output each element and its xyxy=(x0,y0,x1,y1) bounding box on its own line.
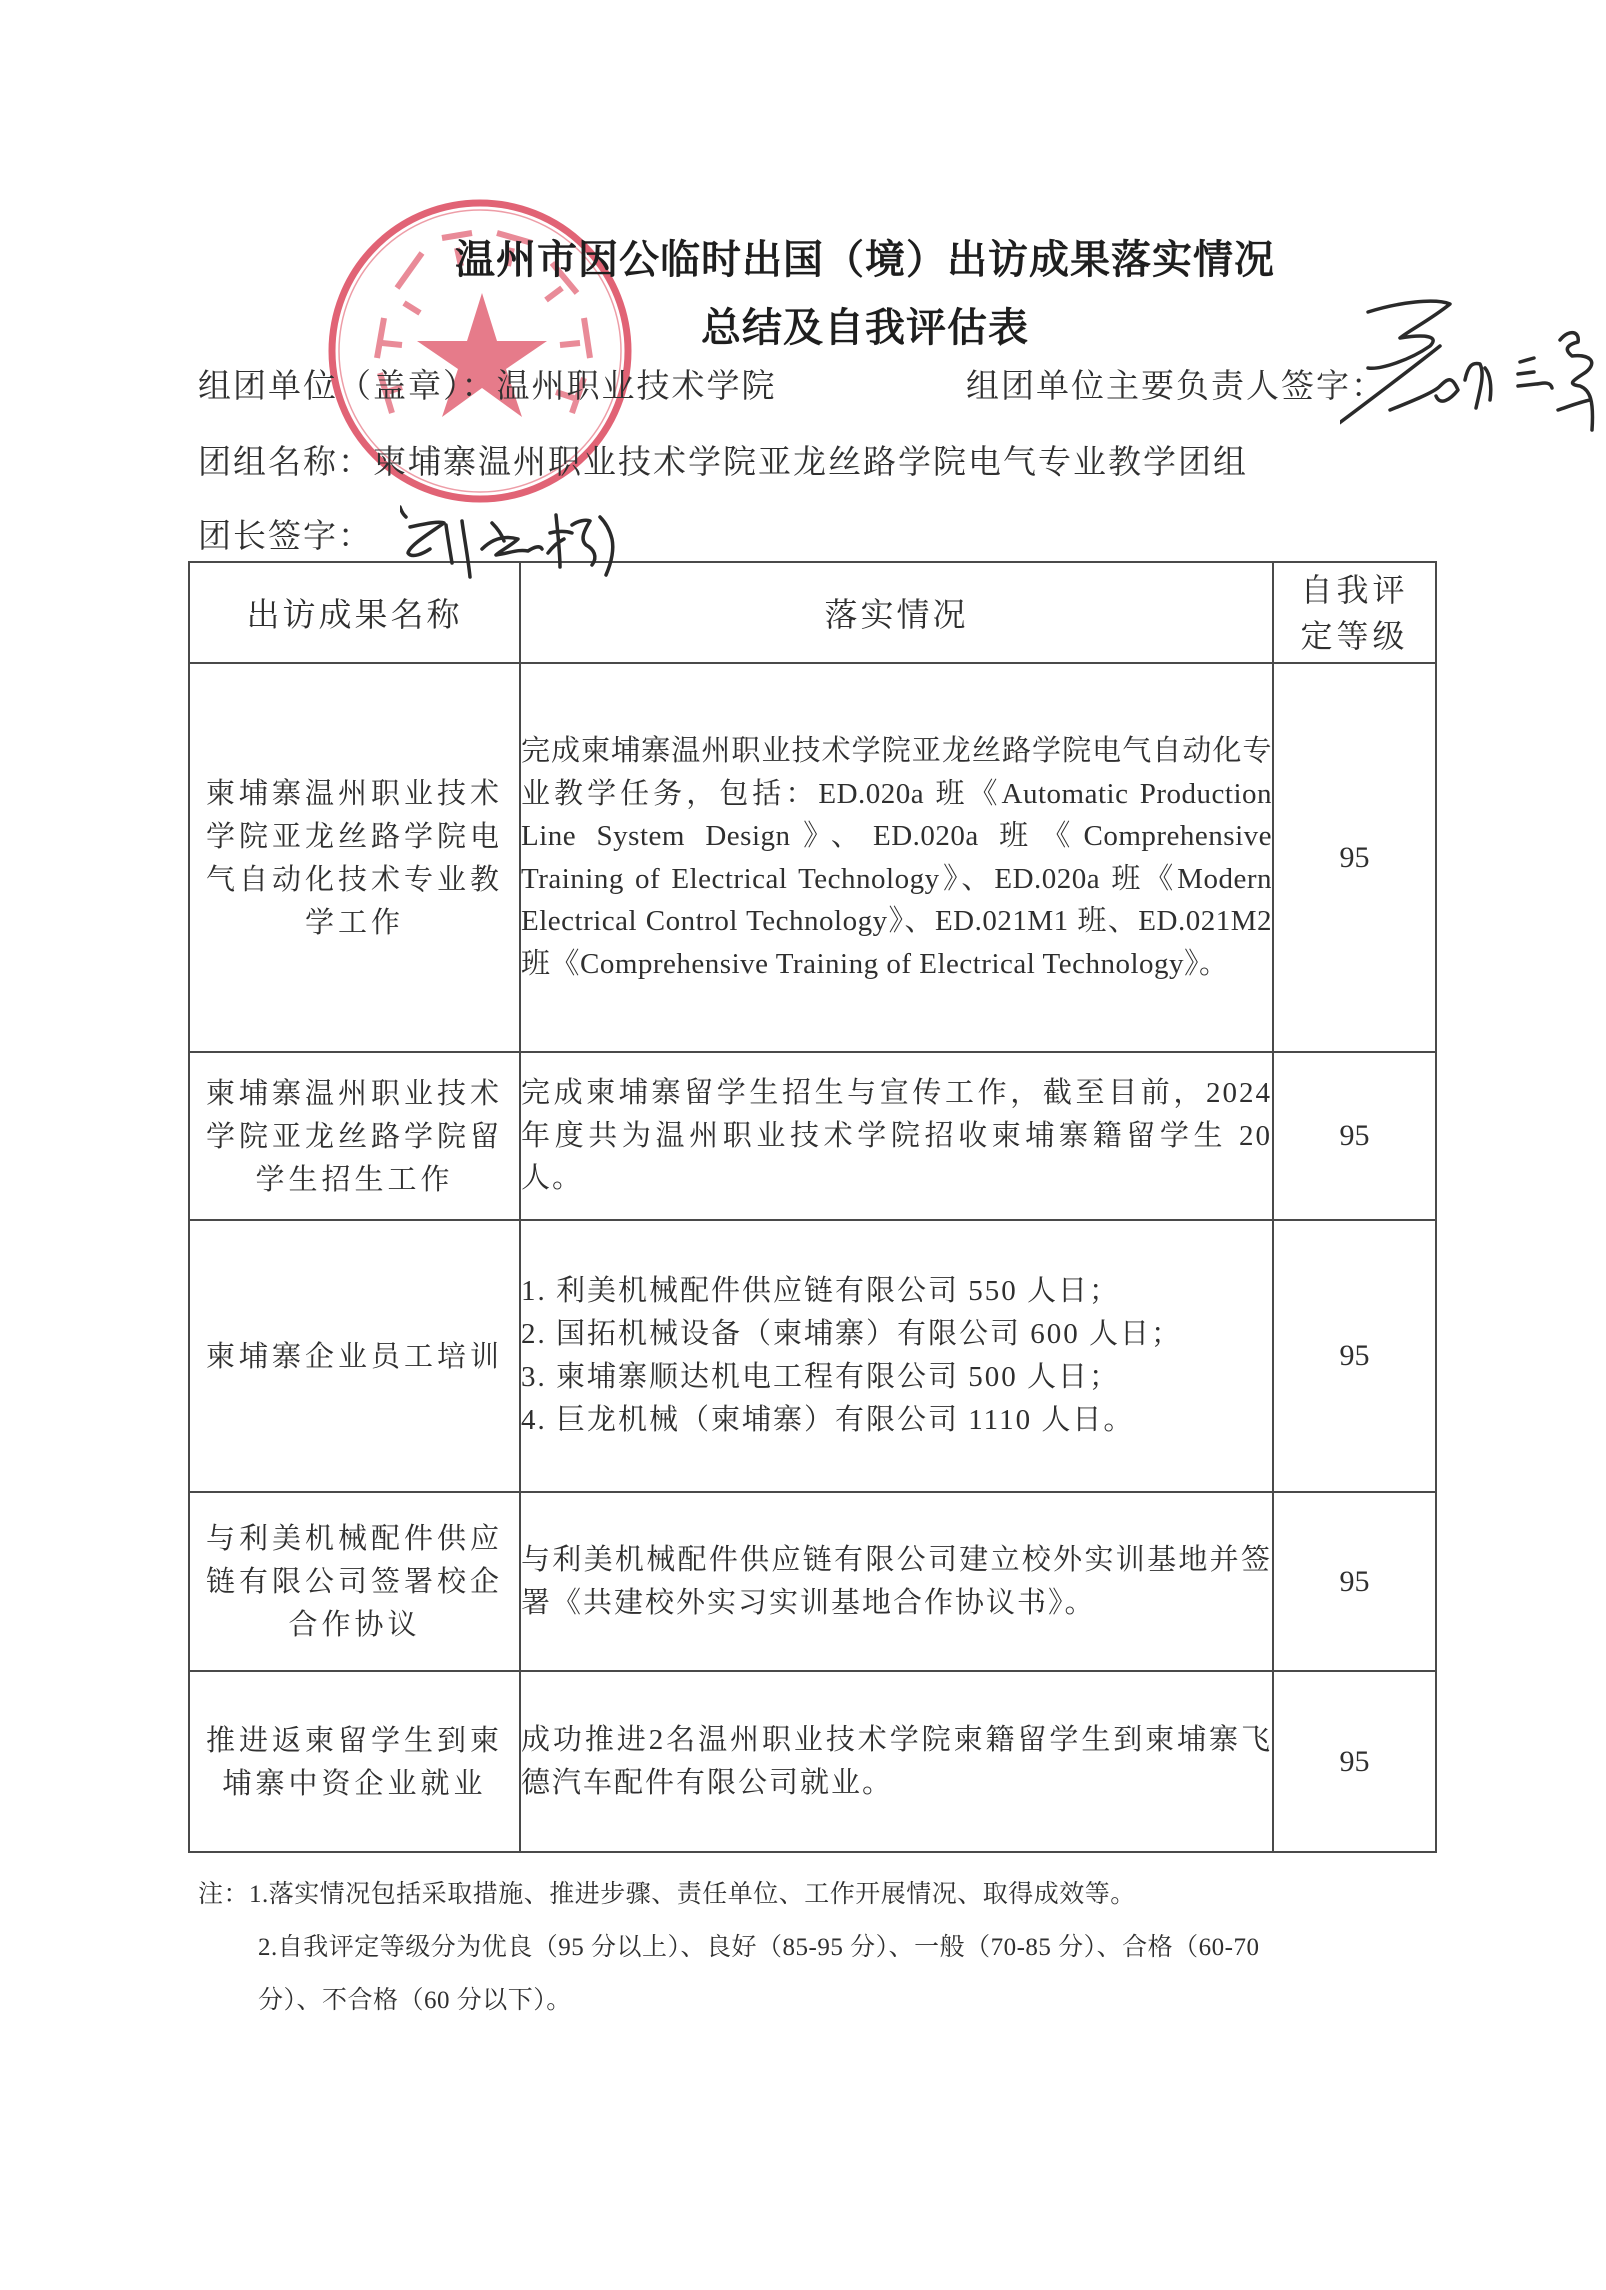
page-title-line-1: 温州市因公临时出国（境）出访成果落实情况 xyxy=(62,228,1606,285)
row-2-name: 柬埔寨温州职业技术学院亚龙丝路学院留学生招生工作 xyxy=(189,1052,520,1220)
row-3-score: 95 xyxy=(1273,1220,1436,1492)
row-3-detail-item-3: 3. 柬埔寨顺达机电工程有限公司 500 人日； xyxy=(521,1356,1272,1399)
organizer-row: 组团单位（盖章）：温州职业技术学院 xyxy=(198,360,777,407)
group-name-label: 团组名称： xyxy=(198,442,373,481)
table-row: 柬埔寨温州职业技术学院亚龙丝路学院电气自动化技术专业教学工作 完成柬埔寨温州职业… xyxy=(189,663,1436,1052)
table-row: 柬埔寨企业员工培训 1. 利美机械配件供应链有限公司 550 人日； 2. 国拓… xyxy=(189,1220,1436,1492)
row-3-detail-item-4: 4. 巨龙机械（柬埔寨）有限公司 1110 人日。 xyxy=(521,1399,1272,1442)
row-5-detail: 成功推进2名温州职业技术学院柬籍留学生到柬埔寨飞德汽车配件有限公司就业。 xyxy=(520,1671,1273,1852)
table-row: 推进返柬留学生到柬埔寨中资企业就业 成功推进2名温州职业技术学院柬籍留学生到柬埔… xyxy=(189,1671,1436,1852)
footnote-2-continued: 分）、不合格（60 分以下）。 xyxy=(198,1974,1438,2027)
row-4-name: 与利美机械配件供应链有限公司签署校企合作协议 xyxy=(189,1492,520,1671)
header-score: 自我评 定等级 xyxy=(1273,562,1436,663)
row-1-score: 95 xyxy=(1273,663,1436,1052)
header-score-line-2: 定等级 xyxy=(1274,613,1435,659)
organizer-leader-signature xyxy=(1340,290,1606,450)
row-3-name: 柬埔寨企业员工培训 xyxy=(189,1220,520,1492)
row-2-detail: 完成柬埔寨留学生招生与宣传工作，截至目前，2024 年度共为温州职业技术学院招收… xyxy=(520,1052,1273,1220)
footnote-1: 注：1.落实情况包括采取措施、推进步骤、责任单位、工作开展情况、取得成效等。 xyxy=(198,1868,1438,1921)
header-score-line-1: 自我评 xyxy=(1274,567,1435,613)
row-4-detail: 与利美机械配件供应链有限公司建立校外实训基地并签署《共建校外实习实训基地合作协议… xyxy=(520,1492,1273,1671)
results-table: 出访成果名称 落实情况 自我评 定等级 柬埔寨温州职业技术学院亚龙丝路学院电气自… xyxy=(188,561,1437,1853)
organizer-leader-sign-label: 组团单位主要负责人签字： xyxy=(966,360,1386,407)
header-detail: 落实情况 xyxy=(520,562,1273,663)
row-2-score: 95 xyxy=(1273,1052,1436,1220)
organizer-label: 组团单位（盖章）： xyxy=(198,366,497,405)
table-header-row: 出访成果名称 落实情况 自我评 定等级 xyxy=(189,562,1436,663)
organizer-value: 温州职业技术学院 xyxy=(497,366,777,405)
group-name-row: 团组名称：柬埔寨温州职业技术学院亚龙丝路学院电气专业教学团组 xyxy=(198,436,1248,483)
row-3-detail-item-2: 2. 国拓机械设备（柬埔寨）有限公司 600 人日； xyxy=(521,1313,1272,1356)
team-head-signature xyxy=(400,505,630,580)
row-1-detail: 完成柬埔寨温州职业技术学院亚龙丝路学院电气自动化专业教学任务，包括：ED.020… xyxy=(520,663,1273,1052)
row-4-score: 95 xyxy=(1273,1492,1436,1671)
row-3-detail: 1. 利美机械配件供应链有限公司 550 人日； 2. 国拓机械设备（柬埔寨）有… xyxy=(520,1220,1273,1492)
table-row: 与利美机械配件供应链有限公司签署校企合作协议 与利美机械配件供应链有限公司建立校… xyxy=(189,1492,1436,1671)
row-1-name: 柬埔寨温州职业技术学院亚龙丝路学院电气自动化技术专业教学工作 xyxy=(189,663,520,1052)
team-head-sign-label: 团长签字： xyxy=(198,510,373,557)
footnote-2: 2.自我评定等级分为优良（95 分以上）、良好（85-95 分）、一般（70-8… xyxy=(198,1921,1438,1974)
footnotes: 注：1.落实情况包括采取措施、推进步骤、责任单位、工作开展情况、取得成效等。 2… xyxy=(198,1868,1438,2027)
group-name-value: 柬埔寨温州职业技术学院亚龙丝路学院电气专业教学团组 xyxy=(373,442,1248,481)
table-row: 柬埔寨温州职业技术学院亚龙丝路学院留学生招生工作 完成柬埔寨留学生招生与宣传工作… xyxy=(189,1052,1436,1220)
row-5-score: 95 xyxy=(1273,1671,1436,1852)
row-5-name: 推进返柬留学生到柬埔寨中资企业就业 xyxy=(189,1671,520,1852)
row-3-detail-item-1: 1. 利美机械配件供应链有限公司 550 人日； xyxy=(521,1270,1272,1313)
